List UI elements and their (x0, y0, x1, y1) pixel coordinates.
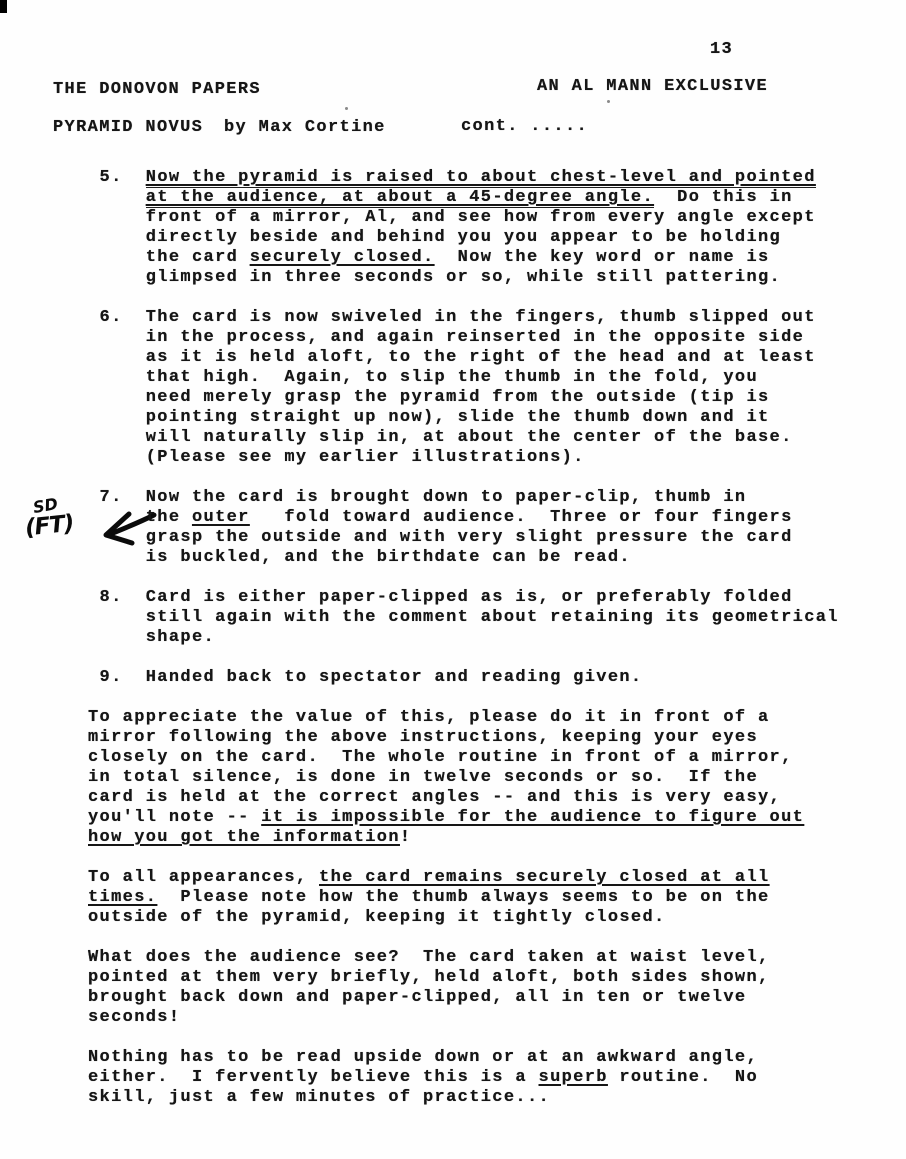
scanned-page: 13 THE DONOVON PAPERS AN AL MANN EXCLUSI… (0, 0, 906, 1159)
text-segment: you'll note -- (88, 808, 261, 827)
text-segment: What does the audience see? The card tak… (88, 948, 770, 967)
underlined-text: at the audience, at about a 45-degree an… (146, 188, 654, 208)
text-segment: card is held at the correct angles -- an… (88, 788, 781, 807)
text-segment: skill, just a few minutes of practice... (88, 1088, 550, 1107)
text-segment: ! (400, 828, 412, 847)
text-segment: either. I fervently believe this is a (88, 1068, 539, 1087)
text-segment: seconds! (88, 1008, 180, 1027)
step-6: 6. The card is now swiveled in the finge… (88, 308, 858, 468)
text-segment: the (88, 508, 192, 527)
text-segment: will naturally slip in, at about the cen… (88, 428, 793, 447)
text-segment (88, 188, 146, 207)
text-line: at the audience, at about a 45-degree an… (88, 188, 858, 208)
text-segment: mirror following the above instructions,… (88, 728, 758, 747)
underlined-text: it is impossible for the audience to fig… (261, 808, 804, 827)
text-line: (Please see my earlier illustrations). (88, 448, 858, 468)
text-segment: shape. (88, 628, 215, 647)
text-line: brought back down and paper-clipped, all… (88, 988, 858, 1008)
text-segment: fold toward audience. Three or four fing… (250, 508, 793, 527)
step-8: 8. Card is either paper-clipped as is, o… (88, 588, 858, 648)
text-line: front of a mirror, Al, and see how from … (88, 208, 858, 228)
text-segment: need merely grasp the pyramid from the o… (88, 388, 770, 407)
text-line: is buckled, and the birthdate can be rea… (88, 548, 858, 568)
text-line: 8. Card is either paper-clipped as is, o… (88, 588, 858, 608)
text-segment: in total silence, is done in twelve seco… (88, 768, 758, 787)
text-line: you'll note -- it is impossible for the … (88, 808, 858, 828)
page-number: 13 (710, 40, 733, 60)
text-line: To all appearances, the card remains sec… (88, 868, 858, 888)
text-segment: outside of the pyramid, keeping it tight… (88, 908, 666, 927)
text-line: glimpsed in three seconds or so, while s… (88, 268, 858, 288)
text-line: directly beside and behind you you appea… (88, 228, 858, 248)
handwritten-note-ft: (FT) (24, 511, 75, 542)
underlined-text: times. (88, 888, 157, 907)
text-segment: Nothing has to be read upside down or at… (88, 1048, 758, 1067)
text-segment: front of a mirror, Al, and see how from … (88, 208, 816, 227)
text-segment: in the process, and again reinserted in … (88, 328, 804, 347)
text-line: in total silence, is done in twelve seco… (88, 768, 858, 788)
text-line: 6. The card is now swiveled in the finge… (88, 308, 858, 328)
text-segment: To all appearances, (88, 868, 319, 887)
text-segment: pointed at them very briefly, held aloft… (88, 968, 770, 987)
text-line: Nothing has to be read upside down or at… (88, 1048, 858, 1068)
underlined-text: superb (539, 1068, 608, 1087)
closing-para-2: To all appearances, the card remains sec… (88, 868, 858, 928)
text-line: times. Please note how the thumb always … (88, 888, 858, 908)
scan-speck (345, 107, 348, 110)
document-title: THE DONOVON PAPERS (53, 80, 261, 100)
text-segment: 5. (88, 168, 146, 187)
text-line: either. I fervently believe this is a su… (88, 1068, 858, 1088)
text-segment: 8. Card is either paper-clipped as is, o… (88, 588, 793, 607)
text-segment: glimpsed in three seconds or so, while s… (88, 268, 781, 287)
series-title: PYRAMID NOVUS (53, 118, 203, 138)
text-segment: directly beside and behind you you appea… (88, 228, 781, 247)
text-line: 9. Handed back to spectator and reading … (88, 668, 858, 688)
text-line: card is held at the correct angles -- an… (88, 788, 858, 808)
underlined-text: outer (192, 508, 250, 527)
text-segment: grasp the outside and with very slight p… (88, 528, 793, 547)
underlined-text: Now the pyramid is raised to about chest… (146, 168, 816, 188)
text-line: 5. Now the pyramid is raised to about ch… (88, 168, 858, 188)
text-line: as it is held aloft, to the right of the… (88, 348, 858, 368)
exclusive-banner: AN AL MANN EXCLUSIVE (537, 77, 768, 97)
text-line: seconds! (88, 1008, 858, 1028)
text-segment: routine. No (608, 1068, 758, 1087)
closing-para-4: Nothing has to be read upside down or at… (88, 1048, 858, 1108)
text-segment: Now the key word or name is (435, 248, 770, 267)
scan-speck (607, 100, 610, 103)
text-line: the card securely closed. Now the key wo… (88, 248, 858, 268)
scan-artifact-corner (0, 0, 7, 13)
text-segment: 9. Handed back to spectator and reading … (88, 668, 642, 687)
text-segment: still again with the comment about retai… (88, 608, 839, 627)
text-segment: Do this in (654, 188, 793, 207)
text-line: skill, just a few minutes of practice... (88, 1088, 858, 1108)
text-segment: To appreciate the value of this, please … (88, 708, 770, 727)
text-line: the outer fold toward audience. Three or… (88, 508, 858, 528)
text-line: that high. Again, to slip the thumb in t… (88, 368, 858, 388)
text-line: need merely grasp the pyramid from the o… (88, 388, 858, 408)
text-segment: Please note how the thumb always seems t… (157, 888, 769, 907)
document-body: 5. Now the pyramid is raised to about ch… (88, 168, 858, 1128)
text-segment: 7. Now the card is brought down to paper… (88, 488, 746, 507)
underlined-text: securely closed. (250, 248, 435, 267)
text-segment: brought back down and paper-clipped, all… (88, 988, 746, 1007)
text-line: closely on the card. The whole routine i… (88, 748, 858, 768)
text-segment: pointing straight up now), slide the thu… (88, 408, 770, 427)
text-segment: closely on the card. The whole routine i… (88, 748, 793, 767)
text-line: mirror following the above instructions,… (88, 728, 858, 748)
closing-para-1: To appreciate the value of this, please … (88, 708, 858, 848)
text-line: will naturally slip in, at about the cen… (88, 428, 858, 448)
text-segment: the card (88, 248, 250, 267)
text-line: still again with the comment about retai… (88, 608, 858, 628)
text-line: pointing straight up now), slide the thu… (88, 408, 858, 428)
text-segment: (Please see my earlier illustrations). (88, 448, 585, 467)
text-segment: 6. The card is now swiveled in the finge… (88, 308, 816, 327)
text-line: pointed at them very briefly, held aloft… (88, 968, 858, 988)
text-line: To appreciate the value of this, please … (88, 708, 858, 728)
text-line: What does the audience see? The card tak… (88, 948, 858, 968)
text-line: outside of the pyramid, keeping it tight… (88, 908, 858, 928)
step-7: 7. Now the card is brought down to paper… (88, 488, 858, 568)
text-line: in the process, and again reinserted in … (88, 328, 858, 348)
text-segment: that high. Again, to slip the thumb in t… (88, 368, 758, 387)
text-line: shape. (88, 628, 858, 648)
underlined-text: how you got the information (88, 828, 400, 847)
text-segment: as it is held aloft, to the right of the… (88, 348, 816, 367)
continuation-marker: cont. ..... (461, 117, 588, 137)
underlined-text: the card remains securely closed at all (319, 868, 770, 887)
step-5: 5. Now the pyramid is raised to about ch… (88, 168, 858, 288)
text-segment: is buckled, and the birthdate can be rea… (88, 548, 631, 567)
text-line: grasp the outside and with very slight p… (88, 528, 858, 548)
step-9: 9. Handed back to spectator and reading … (88, 668, 858, 688)
text-line: 7. Now the card is brought down to paper… (88, 488, 858, 508)
closing-para-3: What does the audience see? The card tak… (88, 948, 858, 1028)
byline: by Max Cortine (224, 118, 386, 138)
text-line: how you got the information! (88, 828, 858, 848)
